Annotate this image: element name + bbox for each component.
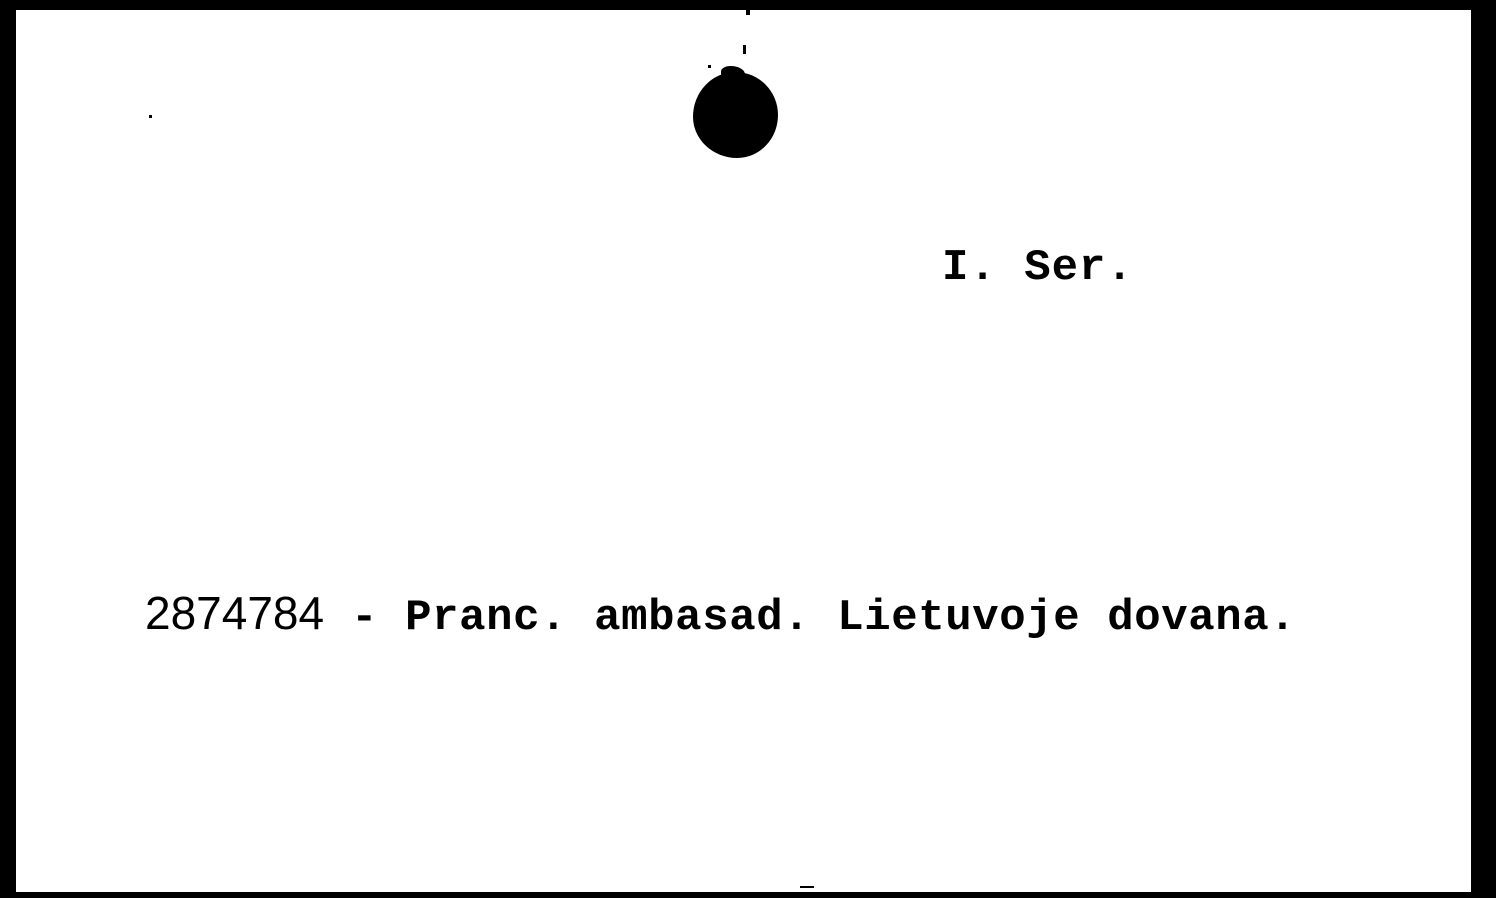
- entry-separator: -: [351, 593, 378, 643]
- entry-description: Pranc. ambasad. Lietuvoje dovana.: [405, 593, 1296, 643]
- catalog-entry: 2874784 - Pranc. ambasad. Lietuvoje dova…: [145, 590, 1296, 640]
- punch-hole-icon: [693, 72, 778, 158]
- scan-border-left: [0, 0, 16, 898]
- catalog-number: 2874784: [145, 587, 324, 639]
- scan-speck: [149, 115, 152, 118]
- scan-speck: [1471, 10, 1477, 892]
- series-label: I. Ser.: [942, 246, 1134, 290]
- scan-speck: [708, 65, 711, 68]
- scan-speck: [746, 10, 750, 15]
- scan-speck: [743, 45, 746, 54]
- scan-speck: [800, 886, 814, 888]
